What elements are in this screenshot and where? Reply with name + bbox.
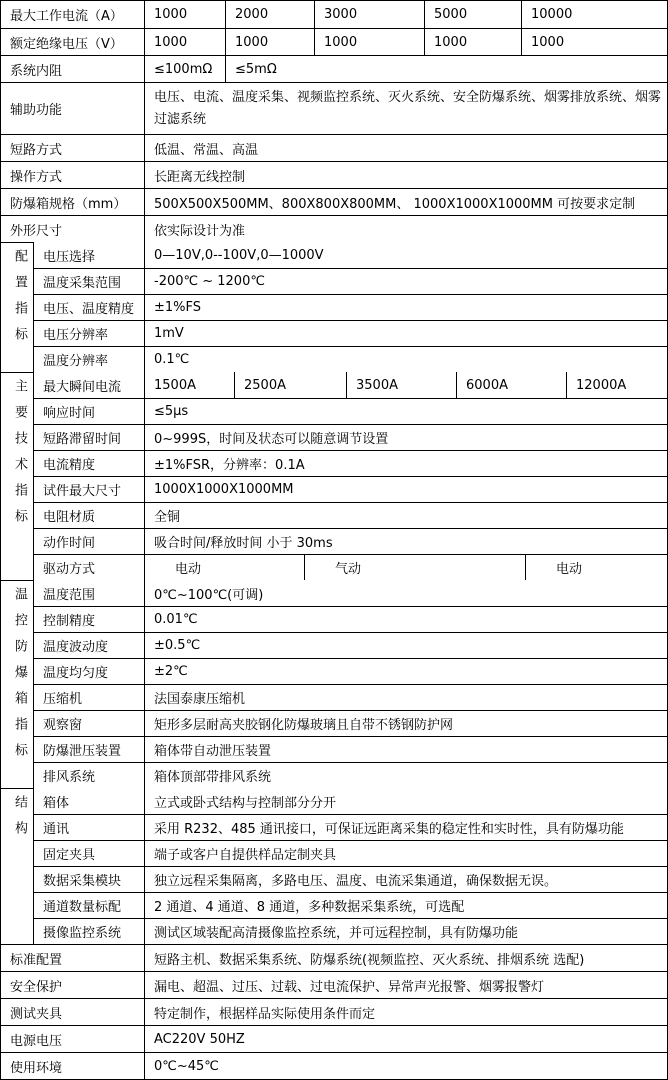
table-row: 控制精度 0.01℃ [33,606,667,632]
row-value: ±2℃ [144,659,667,684]
row-value: 0℃~45℃ [144,1053,667,1079]
row-label: 安全保护 [1,972,144,998]
table-row: 温度分辨率 0.1℃ [33,346,667,372]
row-value: 0.1℃ [144,347,667,372]
row-value: 低温、常温、高温 [144,135,667,161]
row-value: ≤5mΩ [225,56,667,82]
group-label: 主要技术指标 [1,372,33,580]
row-label: 辅助功能 [1,83,144,134]
table-row: 温度均匀度 ±2℃ [33,658,667,684]
section-main-tech-specs: 主要技术指标 最大瞬间电流 1500A 2500A 3500A 6000A 12… [1,372,667,580]
row-value: 1000 [144,1,225,28]
row-label: 数据采集模块 [33,867,144,892]
row-label: 控制精度 [33,607,144,632]
table-row: 标准配置 短路主机、数据采集系统、防爆系统(视频监控、灭火系统、排烟系统 选配) [1,944,667,971]
row-value: 采用 R232、485 通讯接口，可保证远距离采集的稳定性和实时性，具有防爆功能 [144,815,667,840]
row-label: 最大工作电流（A） [1,1,144,28]
table-row: 电压选择 0—10V,0--100V,0—1000V [33,242,667,268]
row-label: 通道数量标配 [33,893,144,918]
table-row: 辅助功能 电压、电流、温度采集、视频监控系统、灭火系统、安全防爆系统、烟雾排放系… [1,82,667,134]
table-row: 使用环境 0℃~45℃ [1,1052,667,1079]
row-value: 2 通道、4 通道、8 通道，多种数据采集系统，可选配 [144,893,667,918]
row-label: 使用环境 [1,1053,144,1079]
table-row: 通道数量标配 2 通道、4 通道、8 通道，多种数据采集系统，可选配 [33,892,667,918]
row-label: 温度均匀度 [33,659,144,684]
row-value: 测试区域装配高清摄像监控系统，并可远程控制，具有防爆功能 [144,919,667,944]
table-row: 观察窗 矩形多层耐高夹胶钢化防爆玻璃且自带不锈钢防护网 [33,710,667,736]
table-row: 电源电压 AC220V 50HZ [1,1025,667,1052]
row-value: 0—10V,0--100V,0—1000V [144,242,667,268]
row-value: 全铜 [144,503,667,528]
table-row: 排风系统 箱体顶部带排风系统 [33,762,667,788]
row-value: 电动 [144,555,304,580]
row-label: 驱动方式 [33,555,144,580]
row-value: 端子或客户自提供样品定制夹具 [144,841,667,866]
table-row: 额定绝缘电压（V） 1000 1000 1000 1000 1000 [1,28,667,55]
row-label: 防爆箱规格（mm） [1,189,144,215]
row-value: 1500A [144,372,234,398]
row-label: 温度范围 [33,580,144,606]
group-label: 结构 [1,788,33,944]
row-value: 1mV [144,321,667,346]
table-row: 电压、温度精度 ±1%FS [33,294,667,320]
row-value: 依实际设计为准 [144,216,667,242]
row-label: 固定夹具 [33,841,144,866]
table-row: 操作方式 长距离无线控制 [1,161,667,188]
row-value: 2500A [234,372,346,398]
row-value: 短路主机、数据采集系统、防爆系统(视频监控、灭火系统、排烟系统 选配) [144,945,667,971]
section-config-specs: 配置指标 电压选择 0—10V,0--100V,0—1000V 温度采集范围 -… [1,242,667,372]
table-row: 压缩机 法国泰康压缩机 [33,684,667,710]
row-value: 法国泰康压缩机 [144,685,667,710]
table-row: 驱动方式 电动 气动 电动 [33,554,667,580]
row-value: ≤5μs [144,399,667,424]
table-row: 通讯 采用 R232、485 通讯接口，可保证远距离采集的稳定性和实时性，具有防… [33,814,667,840]
row-value: 1000 [144,29,225,55]
table-row: 短路滞留时间 0~999S，时间及状态可以随意调节设置 [33,424,667,450]
row-label: 电流精度 [33,451,144,476]
row-value: 1000X1000X1000MM [144,477,667,502]
row-value: 漏电、超温、过压、过载、过电流保护、异常声光报警、烟雾报警灯 [144,972,667,998]
row-value: 10000 [521,1,667,28]
row-label: 压缩机 [33,685,144,710]
table-row: 摄像监控系统 测试区域装配高清摄像监控系统，并可远程控制，具有防爆功能 [33,918,667,944]
section-temp-control-box-specs: 温控防爆箱指标 温度范围 0℃~100℃(可调) 控制精度 0.01℃ 温度波动… [1,580,667,788]
row-label: 防爆泄压装置 [33,737,144,762]
table-row: 温度波动度 ±0.5℃ [33,632,667,658]
row-label: 温度分辨率 [33,347,144,372]
row-label: 排风系统 [33,763,144,788]
row-value: -200℃ ~ 1200℃ [144,269,667,294]
row-value: 6000A [456,372,566,398]
row-value: 0~999S，时间及状态可以随意调节设置 [144,425,667,450]
table-row: 箱体 立式或卧式结构与控制部分分开 [33,788,667,814]
table-row: 电流精度 ±1%FSR，分辨率：0.1A [33,450,667,476]
row-value: 12000A [566,372,667,398]
row-value: 电压、电流、温度采集、视频监控系统、灭火系统、安全防爆系统、烟雾排放系统、烟雾过… [144,83,667,134]
group-label: 配置指标 [1,242,33,372]
row-label: 短路滞留时间 [33,425,144,450]
row-label: 观察窗 [33,711,144,736]
row-label: 操作方式 [1,162,144,188]
row-value: 1000 [314,29,424,55]
table-row: 最大瞬间电流 1500A 2500A 3500A 6000A 12000A [33,372,667,398]
table-row: 温度范围 0℃~100℃(可调) [33,580,667,606]
table-row: 外形尺寸 依实际设计为准 [1,215,667,242]
group-label: 温控防爆箱指标 [1,580,33,788]
row-label: 电压选择 [33,242,144,268]
row-value: 3000 [314,1,424,28]
row-label: 动作时间 [33,529,144,554]
row-label: 电压、温度精度 [33,295,144,320]
row-label: 标准配置 [1,945,144,971]
row-label: 最大瞬间电流 [33,372,144,398]
table-row: 最大工作电流（A） 1000 2000 3000 5000 10000 [1,1,667,28]
row-value: 500X500X500MM、800X800X800MM、 1000X1000X1… [144,189,667,215]
row-value: 1000 [225,29,314,55]
row-value: 特定制作，根据样品实际使用条件而定 [144,999,667,1025]
table-row: 短路方式 低温、常温、高温 [1,134,667,161]
row-value: 1000 [424,29,521,55]
row-label: 温度采集范围 [33,269,144,294]
row-value: ≤100mΩ [144,56,225,82]
row-label: 摄像监控系统 [33,919,144,944]
row-value: 0℃~100℃(可调) [144,580,667,606]
table-row: 试件最大尺寸 1000X1000X1000MM [33,476,667,502]
table-row: 电压分辨率 1mV [33,320,667,346]
row-label: 响应时间 [33,399,144,424]
table-row: 电阻材质 全铜 [33,502,667,528]
row-value: 1000 [521,29,667,55]
row-label: 测试夹具 [1,999,144,1025]
row-value: 箱体顶部带排风系统 [144,763,667,788]
row-value: 0.01℃ [144,607,667,632]
row-label: 通讯 [33,815,144,840]
row-value: ±0.5℃ [144,633,667,658]
table-row: 温度采集范围 -200℃ ~ 1200℃ [33,268,667,294]
table-row: 测试夹具 特定制作，根据样品实际使用条件而定 [1,998,667,1025]
row-value: 2000 [225,1,314,28]
row-label: 试件最大尺寸 [33,477,144,502]
row-label: 短路方式 [1,135,144,161]
table-row: 安全保护 漏电、超温、过压、过载、过电流保护、异常声光报警、烟雾报警灯 [1,971,667,998]
row-value: 3500A [346,372,456,398]
table-row: 固定夹具 端子或客户自提供样品定制夹具 [33,840,667,866]
row-value: 矩形多层耐高夹胶钢化防爆玻璃且自带不锈钢防护网 [144,711,667,736]
spec-table: 最大工作电流（A） 1000 2000 3000 5000 10000 额定绝缘… [0,0,668,1080]
row-value: ±1%FSR，分辨率：0.1A [144,451,667,476]
table-row: 动作时间 吸合时间/释放时间 小于 30ms [33,528,667,554]
table-row: 防爆箱规格（mm） 500X500X500MM、800X800X800MM、 1… [1,188,667,215]
row-label: 额定绝缘电压（V） [1,29,144,55]
row-label: 电压分辨率 [33,321,144,346]
row-value: 吸合时间/释放时间 小于 30ms [144,529,667,554]
row-label: 电阻材质 [33,503,144,528]
row-value: 5000 [424,1,521,28]
row-label: 箱体 [33,788,144,814]
row-label: 外形尺寸 [1,216,144,242]
row-label: 系统内阻 [1,56,144,82]
row-value: 独立远程采集隔离，多路电压、温度、电流采集通道，确保数据无误。 [144,867,667,892]
section-structure: 结构 箱体 立式或卧式结构与控制部分分开 通讯 采用 R232、485 通讯接口… [1,788,667,944]
table-row: 防爆泄压装置 箱体带自动泄压装置 [33,736,667,762]
row-value: 电动 [525,555,667,580]
row-label: 电源电压 [1,1026,144,1052]
table-row: 系统内阻 ≤100mΩ ≤5mΩ [1,55,667,82]
row-value: 长距离无线控制 [144,162,667,188]
row-value: 气动 [304,555,525,580]
row-value: 立式或卧式结构与控制部分分开 [144,788,667,814]
table-row: 响应时间 ≤5μs [33,398,667,424]
row-value: AC220V 50HZ [144,1026,667,1052]
row-value: ±1%FS [144,295,667,320]
row-value: 箱体带自动泄压装置 [144,737,667,762]
table-row: 数据采集模块 独立远程采集隔离，多路电压、温度、电流采集通道，确保数据无误。 [33,866,667,892]
row-label: 温度波动度 [33,633,144,658]
